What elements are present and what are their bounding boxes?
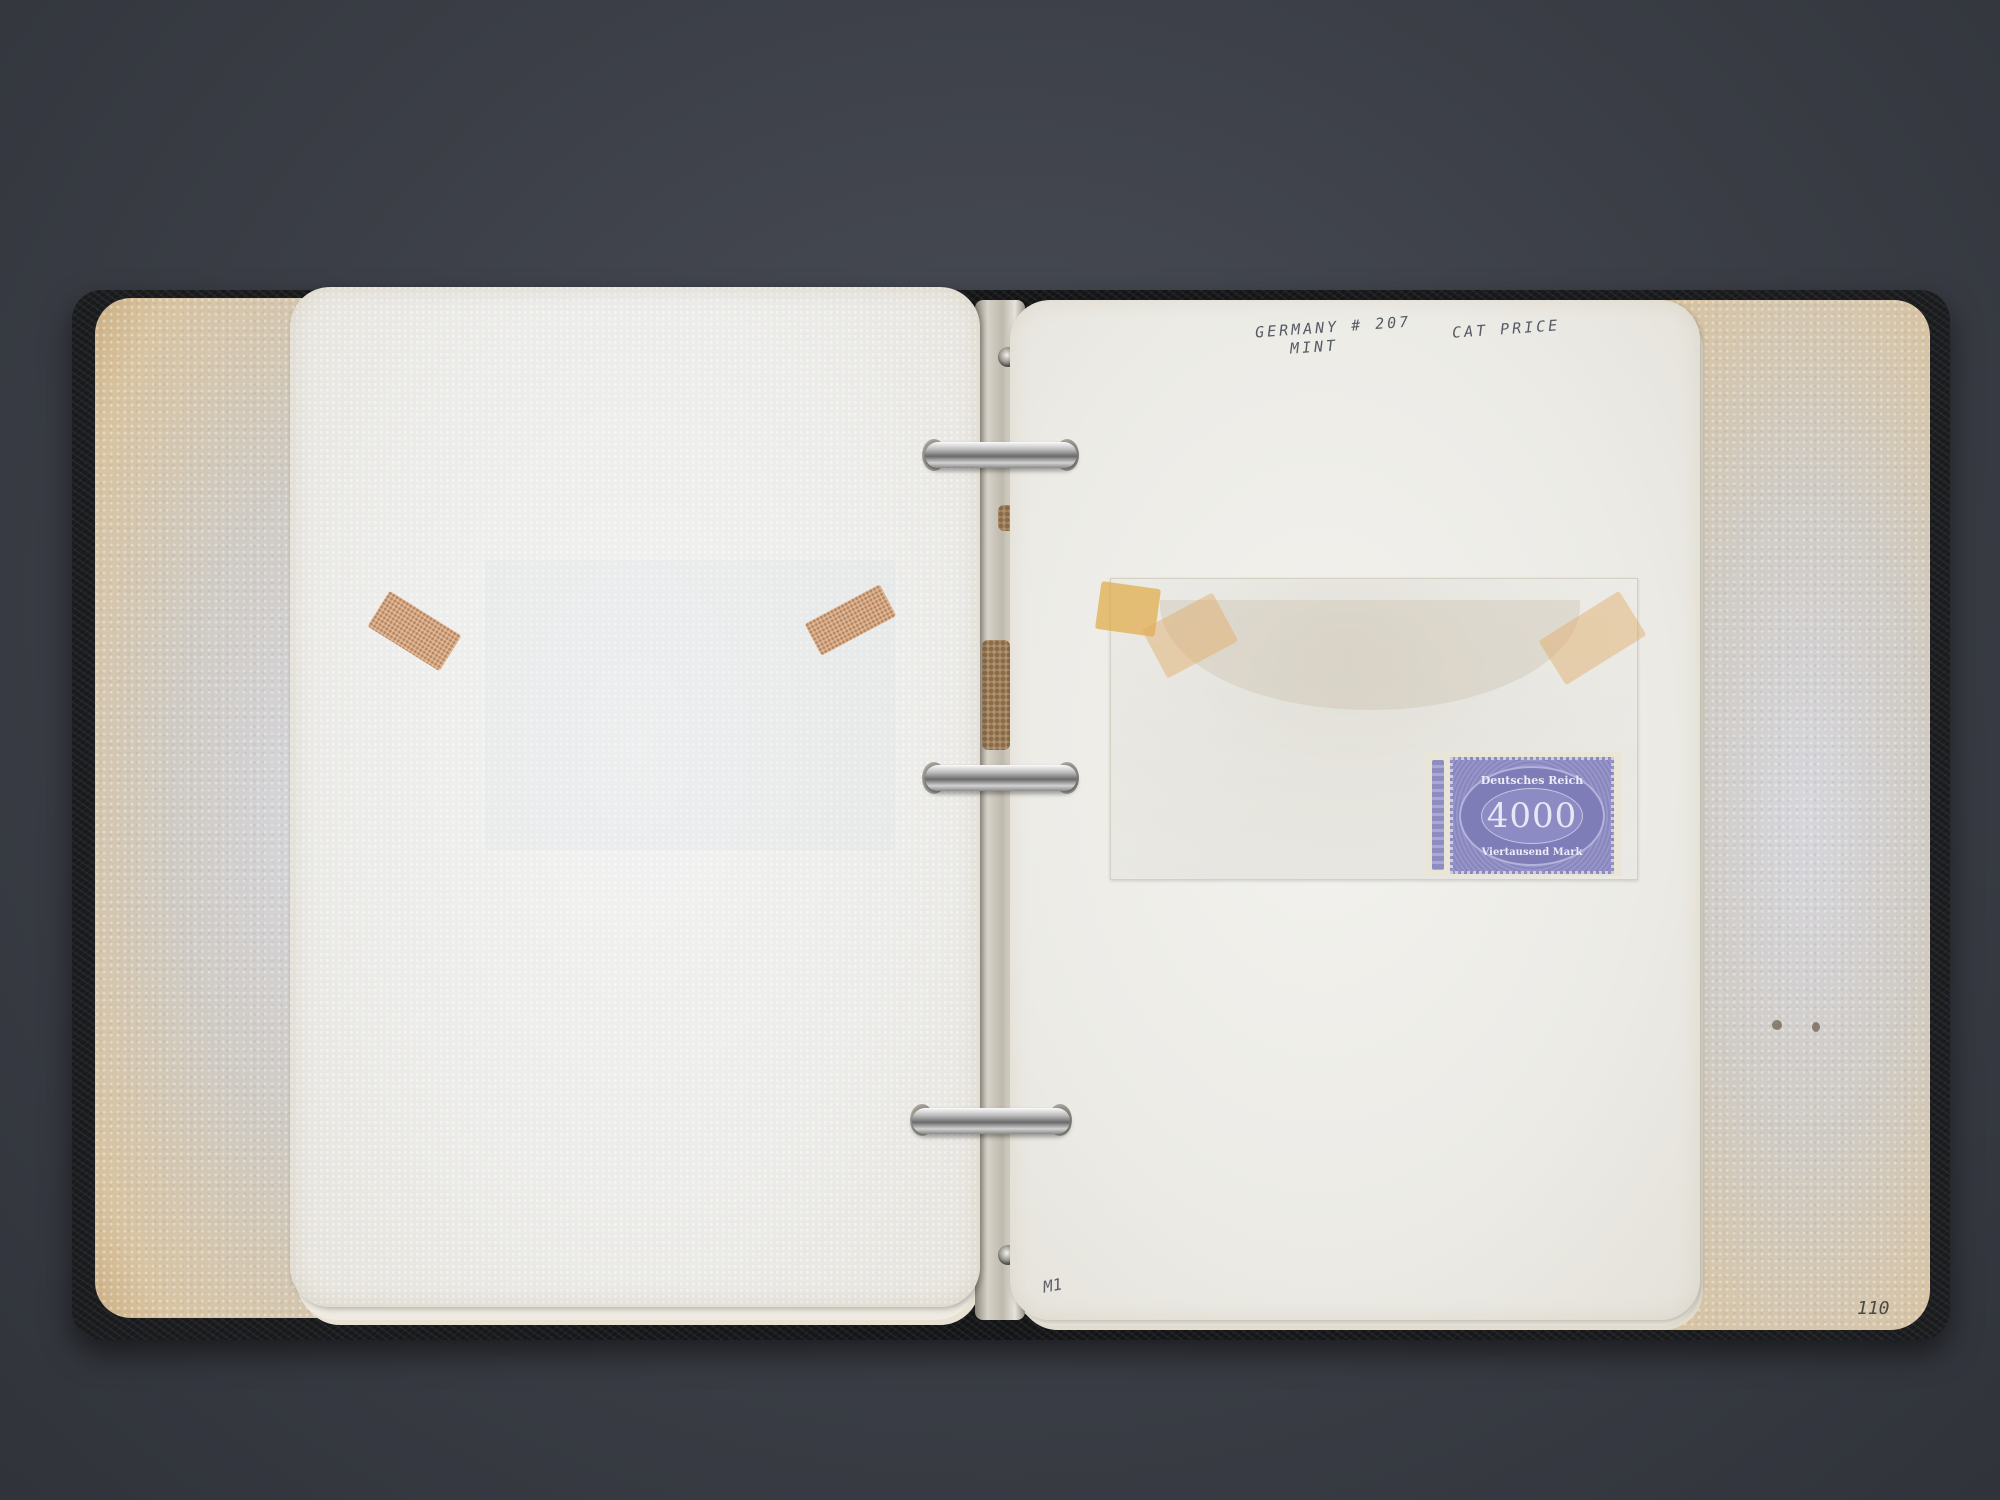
stamp-value-words: Viertausend Mark [1461, 847, 1603, 858]
cover-corner-number: 110 [1857, 1298, 1890, 1319]
stamp-value: 4000 [1487, 799, 1578, 833]
stamp-selvage-strip [1432, 760, 1444, 870]
stain-spot [1812, 1022, 1820, 1032]
binder-ring-middle[interactable] [925, 765, 1077, 791]
page-number: M1 [1041, 1274, 1063, 1296]
binder-ring-bottom[interactable] [912, 1108, 1070, 1134]
stain-spot [1772, 1020, 1782, 1030]
stamp-oval-frame: Deutsches Reich 4000 Viertausend Mark [1459, 766, 1605, 866]
hinge-debris [982, 640, 1010, 750]
stamp-country-text: Deutsches Reich [1461, 774, 1603, 787]
stamp-value-oval: 4000 [1481, 788, 1583, 844]
show-through-outline [485, 560, 895, 850]
annotation-condition: MINT [1289, 336, 1338, 357]
binder-ring-top[interactable] [925, 442, 1077, 468]
postage-stamp[interactable]: Deutsches Reich 4000 Viertausend Mark [1450, 757, 1614, 874]
